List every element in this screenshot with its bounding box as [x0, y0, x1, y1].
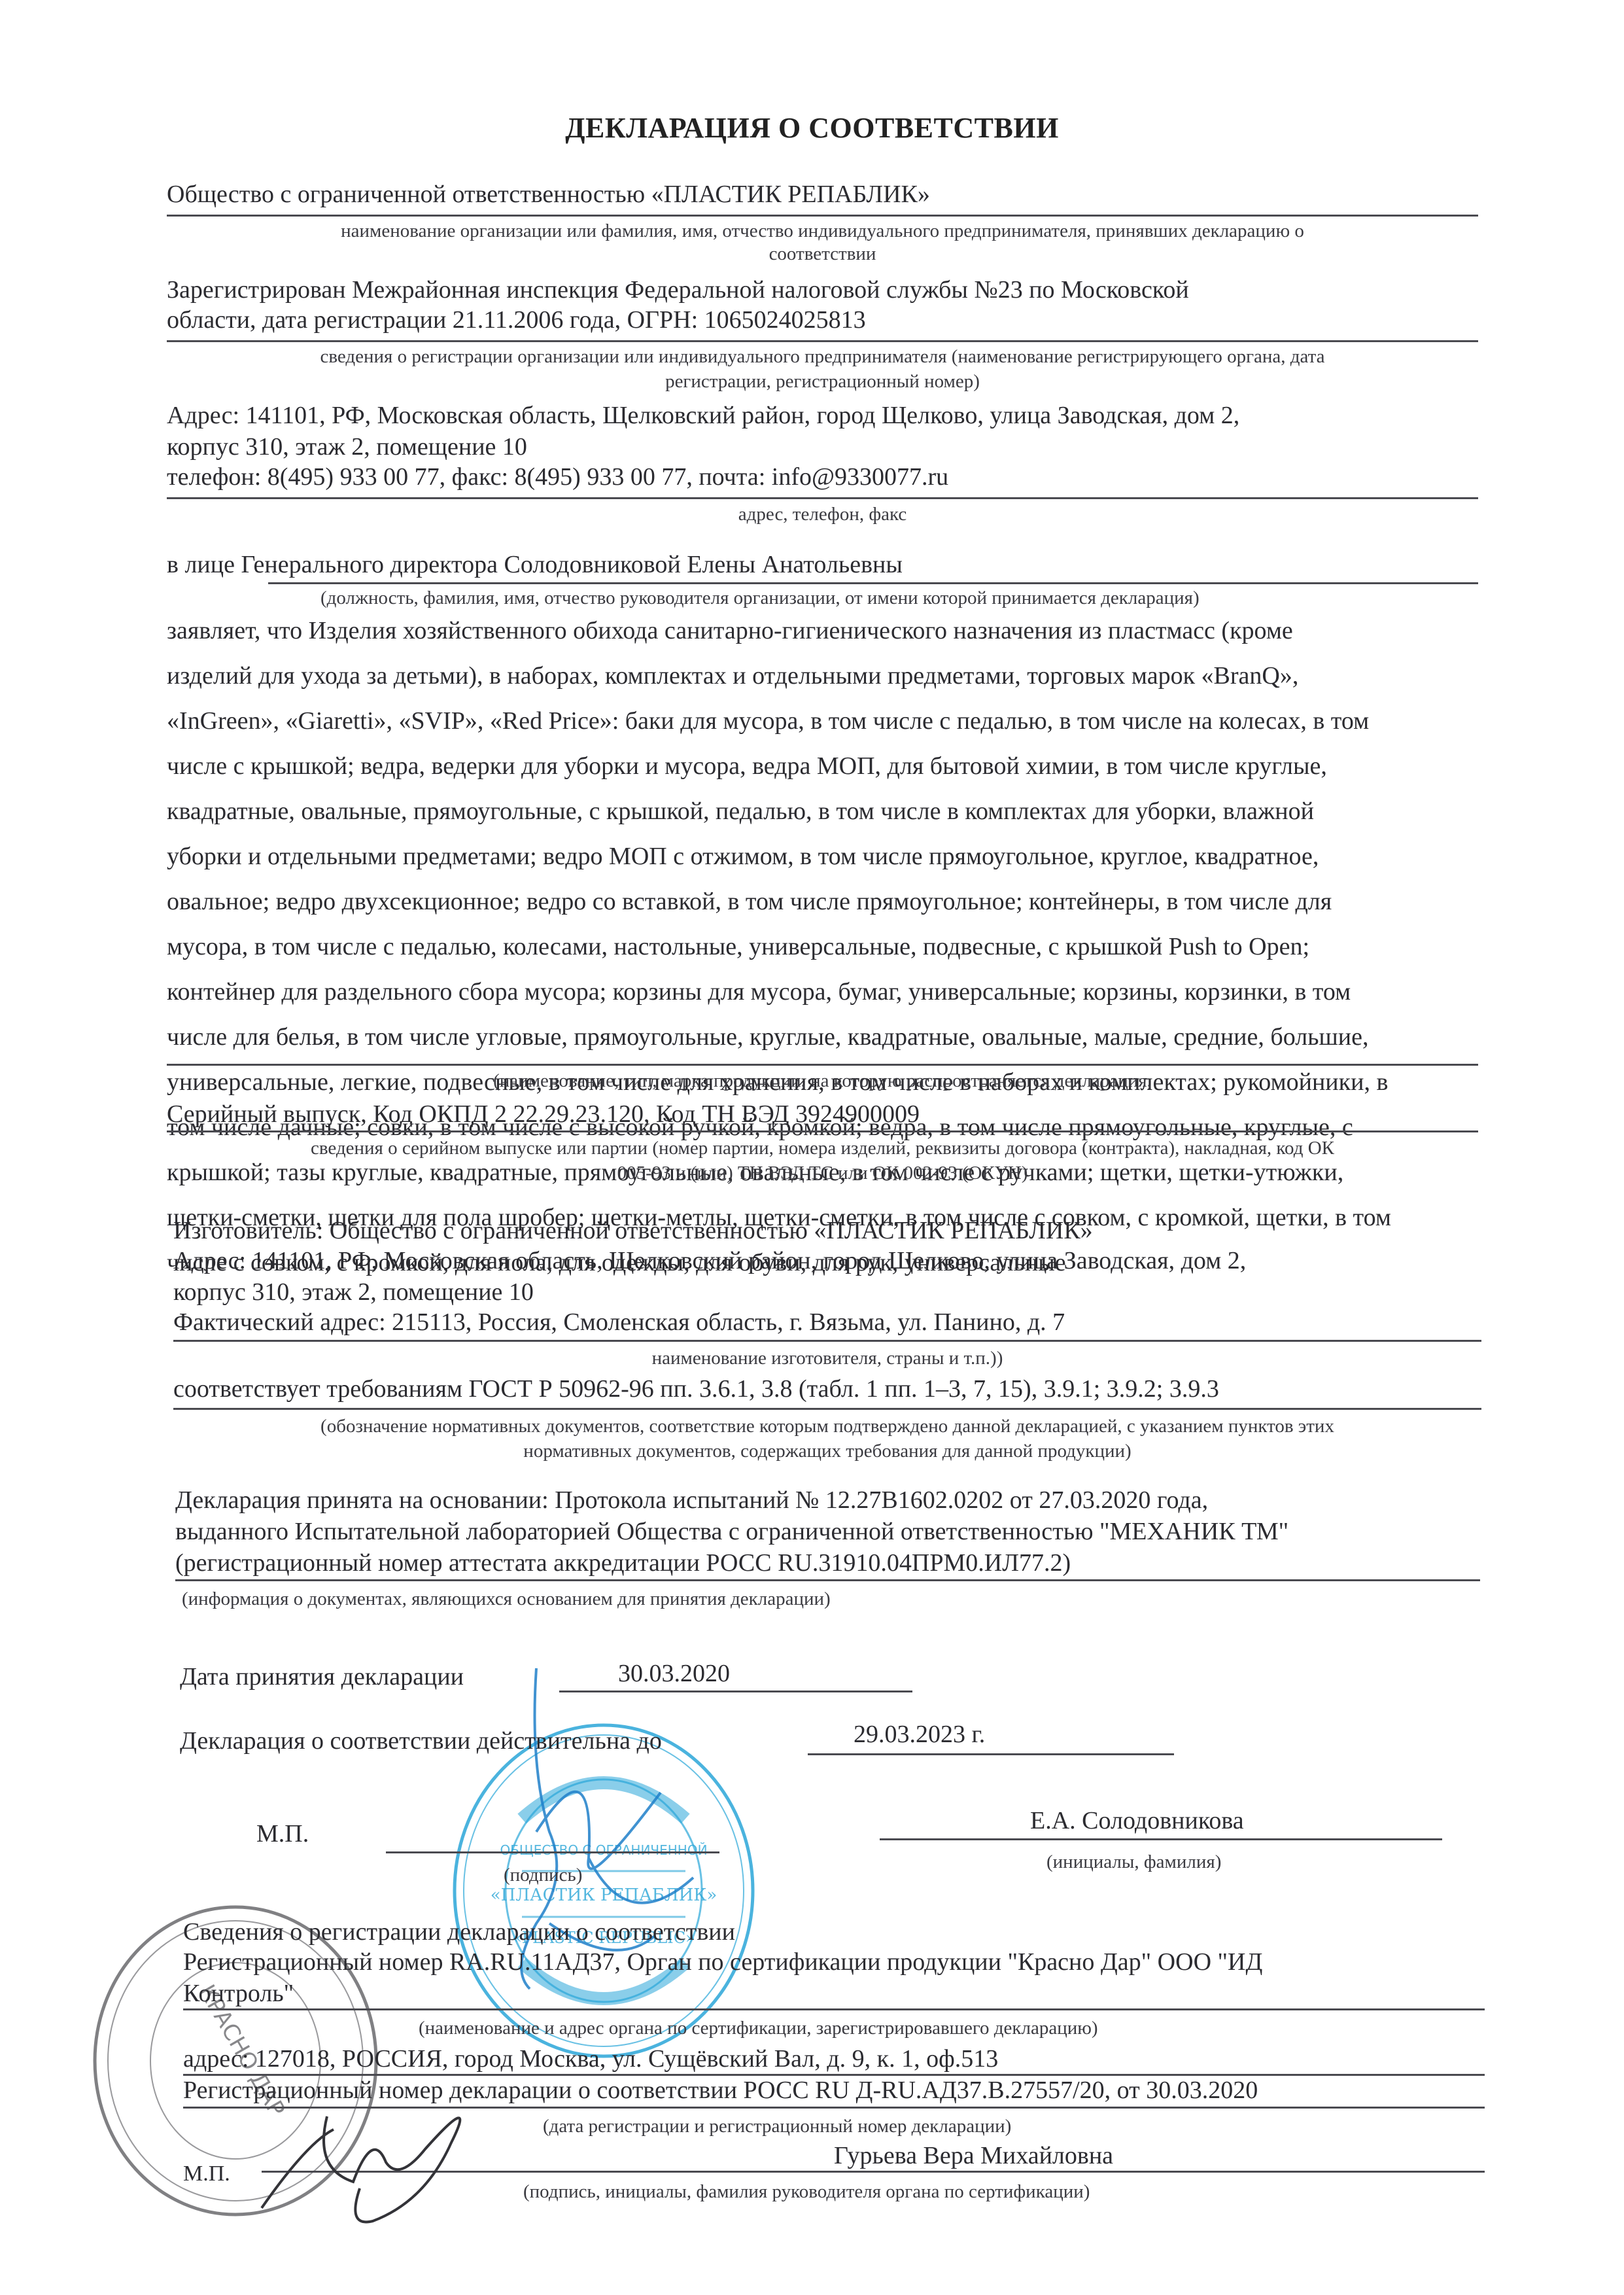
divider: [173, 1340, 1481, 1342]
accepted-date-label: Дата принятия декларации: [180, 1662, 464, 1692]
signer-hint: (инициалы, фамилия): [1046, 1849, 1221, 1875]
stamp-place-label: М.П.: [256, 1819, 309, 1849]
product-line: контейнер для раздельного сбора мусора; …: [167, 970, 1465, 1015]
certifier-signature-icon: [255, 2090, 491, 2234]
registration-body-2: Контроль": [183, 1978, 294, 2008]
divider: [183, 2008, 1485, 2010]
representative: в лице Генерального директора Солодовник…: [167, 550, 903, 580]
compliance-standards: соответствует требованиям ГОСТ Р 50962-9…: [173, 1374, 1219, 1404]
valid-until-label: Декларация о соответствии действительна …: [180, 1726, 662, 1756]
certifier-head-hint: (подпись, инициалы, фамилия руководителя…: [523, 2179, 1090, 2205]
registration-heading: Сведения о регистрации декларации о соот…: [183, 1917, 735, 1947]
product-line: числе с крышкой; ведра, ведерки для убор…: [167, 744, 1465, 789]
manufacturer-address-1: Адрес: 141101, РФ, Московская область, Щ…: [173, 1246, 1246, 1276]
product-line: квадратные, овальные, прямоугольные, с к…: [167, 789, 1465, 834]
manufacturer-actual-address: Фактический адрес: 215113, Россия, Смоле…: [173, 1307, 1065, 1337]
signer-name: Е.А. Солодовникова: [1030, 1806, 1244, 1836]
valid-until-value: 29.03.2023 г.: [854, 1719, 985, 1749]
divider: [880, 1838, 1442, 1840]
product-line: изделий для ухода за детьми), в наборах,…: [167, 654, 1465, 699]
product-hint: (наименование, тип, марка продукции, на …: [167, 1068, 1478, 1094]
address-hint: адрес, телефон, факс: [167, 501, 1478, 527]
applicant-contacts: телефон: 8(495) 933 00 77, факс: 8(495) …: [167, 462, 948, 492]
basis-hint: (информация о документах, являющихся осн…: [182, 1586, 831, 1612]
divider: [167, 1130, 1478, 1132]
certifier-address: адрес: 127018, РОССИЯ, город Москва, ул.…: [183, 2044, 998, 2074]
divider: [167, 497, 1478, 499]
serial-hint-1: сведения о серийном выпуске или партии (…: [167, 1135, 1478, 1161]
manufacturer-address-2: корпус 310, этаж 2, помещение 10: [173, 1277, 534, 1307]
applicant-name: Общество с ограниченной ответственностью…: [167, 179, 930, 209]
compliance-hint-1: (обозначение нормативных документов, соо…: [173, 1413, 1481, 1439]
registration-body-1: Регистрационный номер RA.RU.11АД37, Орга…: [183, 1947, 1262, 1977]
manufacturer-name: Изготовитель: Общество с ограниченной от…: [173, 1216, 1093, 1246]
registration-line-2: области, дата регистрации 21.11.2006 год…: [167, 305, 866, 335]
document-title: ДЕКЛАРАЦИЯ О СООТВЕТСТВИИ: [0, 111, 1624, 145]
registration-number-hint: (дата регистрации и регистрационный номе…: [543, 2113, 1011, 2139]
serial-release: Серийный выпуск, Код ОКПД 2 22.29.23.120…: [167, 1099, 920, 1129]
applicant-address-1: Адрес: 141101, РФ, Московская область, Щ…: [167, 400, 1239, 430]
basis-line-3: (регистрационный номер аттестата аккреди…: [175, 1548, 1071, 1578]
divider: [167, 340, 1478, 342]
divider: [173, 1408, 1481, 1410]
product-line: овальное; ведро двухсекционное; ведро со…: [167, 879, 1465, 924]
divider: [268, 582, 1478, 584]
divider: [167, 1064, 1478, 1066]
divider: [559, 1691, 912, 1692]
product-line: числе для белья, в том числе угловые, пр…: [167, 1015, 1465, 1060]
divider: [808, 1753, 1174, 1755]
applicant-address-2: корпус 310, этаж 2, помещение 10: [167, 432, 527, 462]
product-line: заявляет, что Изделия хозяйственного оби…: [167, 608, 1465, 654]
applicant-name-hint-2: соответствии: [167, 241, 1478, 267]
product-line: мусора, в том числе с педалью, колесами,…: [167, 924, 1465, 970]
applicant-name-hint-1: наименование организации или фамилия, им…: [167, 218, 1478, 244]
registration-hint-2: регистрации, регистрационный номер): [167, 368, 1478, 394]
basis-line-1: Декларация принята на основании: Протоко…: [175, 1485, 1208, 1515]
product-line: уборки и отдельными предметами; ведро МО…: [167, 834, 1465, 879]
signature-line: [386, 1851, 719, 1853]
signature-hint: (подпись): [504, 1862, 582, 1888]
manufacturer-hint: наименование изготовителя, страны и т.п.…: [173, 1345, 1481, 1371]
certifier-head-name: Гурьева Вера Михайловна: [834, 2141, 1113, 2171]
registration-line-1: Зарегистрирован Межрайонная инспекция Фе…: [167, 275, 1189, 305]
certifier-stamp-place-label: М.П.: [183, 2159, 230, 2189]
compliance-hint-2: нормативных документов, содержащих требо…: [173, 1438, 1481, 1464]
registration-hint-1: сведения о регистрации организации или и…: [167, 343, 1478, 370]
registration-body-hint: (наименование и адрес органа по сертифик…: [419, 2015, 1098, 2041]
divider: [175, 1579, 1480, 1581]
serial-hint-2: 005-93 и (или) ТН ВЭД ТС или ОК 002-93 (…: [167, 1160, 1478, 1186]
basis-line-2: выданного Испытательной лабораторией Общ…: [175, 1516, 1288, 1547]
divider: [167, 215, 1478, 217]
representative-hint: (должность, фамилия, имя, отчество руков…: [320, 585, 1478, 611]
product-line: «InGreen», «Giaretti», «SVIP», «Red Pric…: [167, 699, 1465, 744]
accepted-date-value: 30.03.2020: [618, 1658, 730, 1689]
